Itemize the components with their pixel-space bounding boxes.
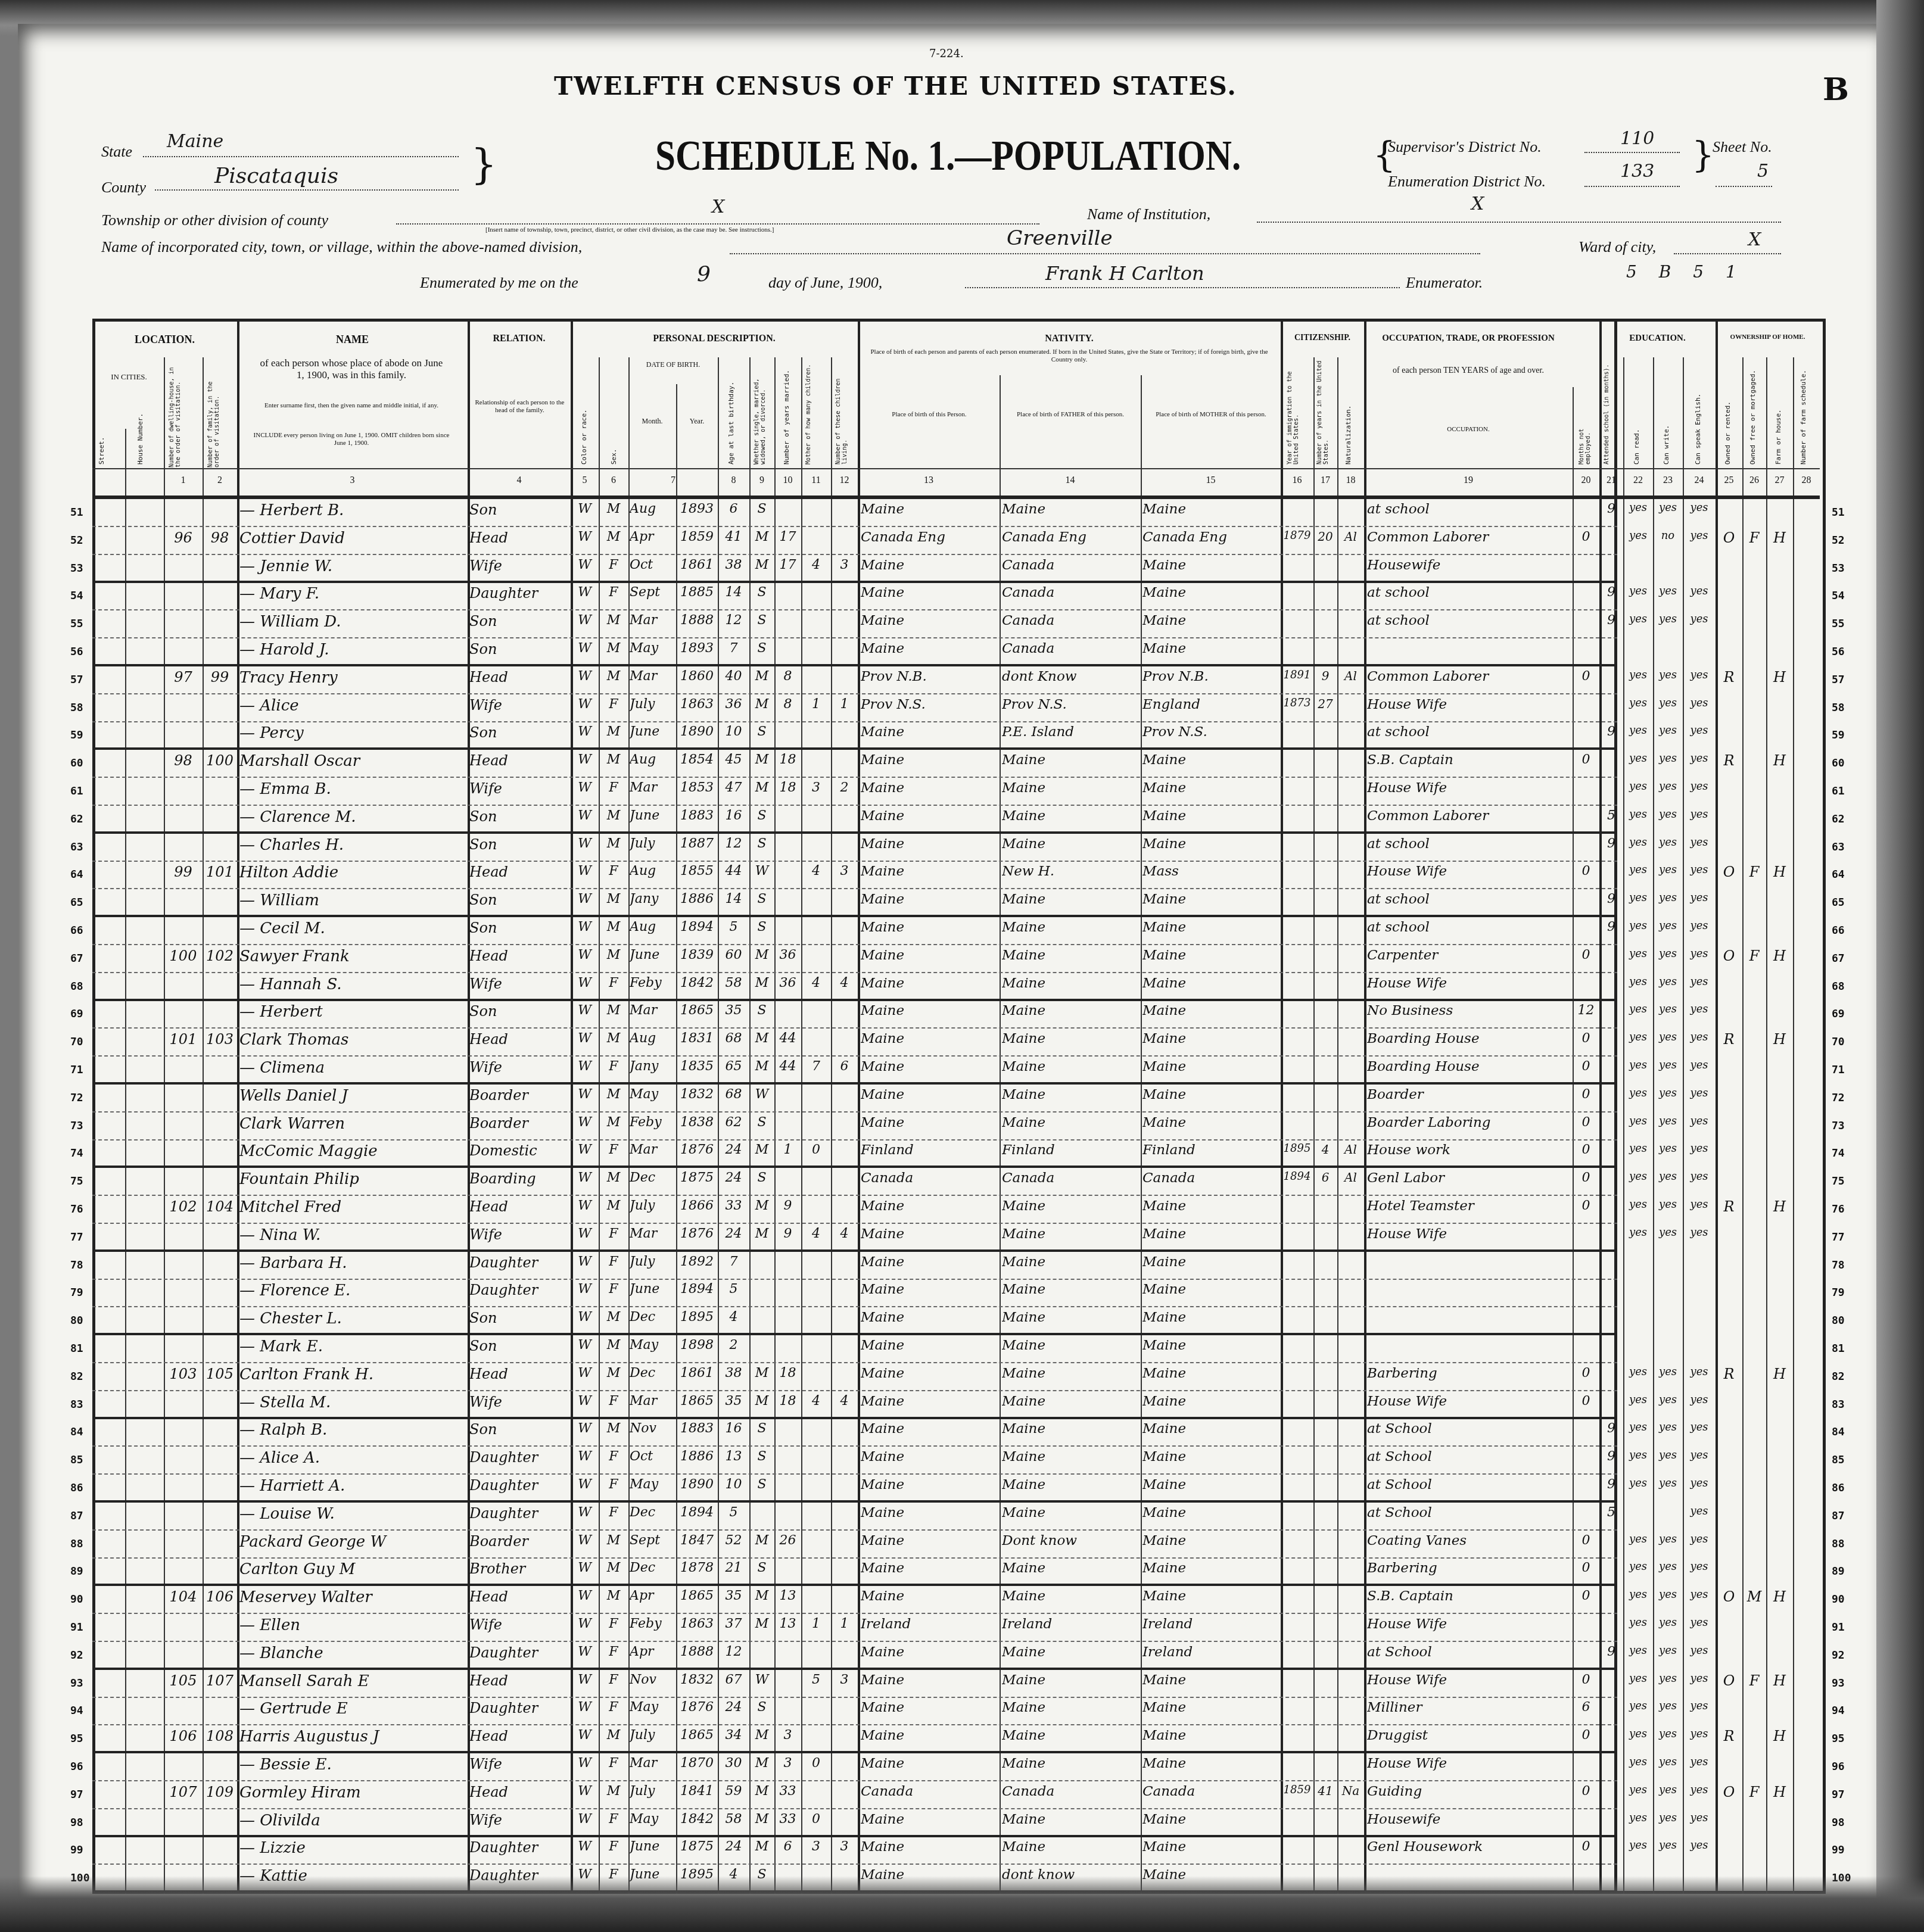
cell-name[interactable]: — Emma B.: [239, 780, 468, 804]
cell-age[interactable]: 58: [718, 1812, 749, 1836]
cell-color[interactable]: W: [571, 669, 599, 693]
cell-fm[interactable]: F: [1742, 1672, 1766, 1696]
cell-fam[interactable]: [203, 724, 237, 748]
cell-ym[interactable]: 18: [774, 752, 801, 776]
cell-wr[interactable]: yes: [1653, 501, 1683, 525]
cell-fam[interactable]: [203, 1505, 237, 1529]
cell-color[interactable]: W: [571, 1198, 599, 1222]
cell-occ[interactable]: at school: [1367, 613, 1573, 637]
cell-sex[interactable]: F: [599, 1812, 628, 1836]
cell-sex[interactable]: M: [599, 1366, 628, 1389]
cell-cl[interactable]: [831, 1254, 858, 1278]
cell-moc[interactable]: [801, 1421, 831, 1445]
cell-cl[interactable]: [831, 613, 858, 637]
cell-mar[interactable]: M: [749, 1839, 774, 1863]
cell-moc[interactable]: [801, 920, 831, 943]
cell-rd[interactable]: [1623, 1254, 1653, 1278]
cell-moc[interactable]: 0: [801, 1756, 831, 1780]
cell-rd[interactable]: yes: [1623, 1031, 1653, 1055]
cell-nat[interactable]: Na: [1337, 1784, 1364, 1808]
cell-en[interactable]: yes: [1683, 1059, 1716, 1083]
cell-mu[interactable]: 0: [1573, 1672, 1599, 1696]
cell-nat[interactable]: [1337, 948, 1364, 971]
cell-fam[interactable]: [203, 1394, 237, 1417]
cell-wr[interactable]: yes: [1653, 1031, 1683, 1055]
cell-bm[interactable]: Maine: [1142, 1338, 1281, 1361]
cell-fm[interactable]: [1742, 1310, 1766, 1333]
cell-bm[interactable]: Maine: [1142, 585, 1281, 609]
cell-imm[interactable]: [1281, 1059, 1313, 1083]
cell-mu[interactable]: 6: [1573, 1700, 1599, 1724]
cell-fh[interactable]: [1766, 1170, 1793, 1194]
cell-own[interactable]: [1716, 1812, 1742, 1836]
cell-rd[interactable]: yes: [1623, 1421, 1653, 1445]
cell-own[interactable]: [1716, 1338, 1742, 1361]
cell-fam[interactable]: [203, 1560, 237, 1584]
cell-own[interactable]: O: [1716, 1588, 1742, 1612]
cell-bf[interactable]: Maine: [1002, 1003, 1141, 1027]
cell-year[interactable]: 1883: [676, 808, 718, 832]
cell-rel[interactable]: Son: [469, 1310, 571, 1333]
cell-name[interactable]: — Nina W.: [239, 1226, 468, 1250]
cell-color[interactable]: W: [571, 1839, 599, 1863]
cell-wr[interactable]: yes: [1653, 1812, 1683, 1836]
cell-fh[interactable]: [1766, 1421, 1793, 1445]
cell-bp[interactable]: Maine: [861, 948, 1000, 971]
cell-rd[interactable]: yes: [1623, 1756, 1653, 1780]
cell-wr[interactable]: yes: [1653, 585, 1683, 609]
cell-fam[interactable]: [203, 920, 237, 943]
cell-fam[interactable]: [203, 641, 237, 665]
cell-dw[interactable]: 100: [164, 948, 203, 971]
cell-name[interactable]: — Charles H.: [239, 836, 468, 860]
cell-year[interactable]: 1894: [676, 1505, 718, 1529]
cell-fh[interactable]: H: [1766, 669, 1793, 693]
cell-month[interactable]: July: [630, 697, 676, 721]
cell-ym[interactable]: 17: [774, 557, 801, 581]
cell-occ[interactable]: Common Laborer: [1367, 529, 1573, 553]
cell-en[interactable]: yes: [1683, 1812, 1716, 1836]
cell-cl[interactable]: [831, 1533, 858, 1557]
cell-wr[interactable]: yes: [1653, 864, 1683, 887]
cell-sex[interactable]: M: [599, 808, 628, 832]
cell-bf[interactable]: Maine: [1002, 892, 1141, 915]
cell-name[interactable]: — Ellen: [239, 1616, 468, 1640]
cell-name[interactable]: — Bessie E.: [239, 1756, 468, 1780]
cell-ym[interactable]: [774, 836, 801, 860]
cell-own[interactable]: [1716, 1477, 1742, 1501]
cell-mar[interactable]: [749, 1644, 774, 1668]
cell-bm[interactable]: Maine: [1142, 1421, 1281, 1445]
cell-wr[interactable]: yes: [1653, 613, 1683, 637]
cell-dw[interactable]: [164, 1310, 203, 1333]
cell-fh[interactable]: [1766, 501, 1793, 525]
cell-bm[interactable]: Maine: [1142, 1700, 1281, 1724]
cell-mu[interactable]: [1573, 1310, 1599, 1333]
cell-color[interactable]: W: [571, 641, 599, 665]
cell-color[interactable]: W: [571, 1756, 599, 1780]
cell-ym[interactable]: [774, 1449, 801, 1473]
cell-cl[interactable]: [831, 1560, 858, 1584]
cell-mar[interactable]: S: [749, 892, 774, 915]
cell-ym[interactable]: [774, 613, 801, 637]
cell-age[interactable]: 12: [718, 1644, 749, 1668]
cell-yrs[interactable]: [1313, 920, 1337, 943]
cell-mu[interactable]: 0: [1573, 1087, 1599, 1111]
cell-bf[interactable]: Maine: [1002, 1560, 1141, 1584]
cell-bm[interactable]: Maine: [1142, 836, 1281, 860]
cell-nat[interactable]: Al: [1337, 529, 1364, 553]
cell-month[interactable]: Jany: [630, 1059, 676, 1083]
cell-moc[interactable]: 7: [801, 1059, 831, 1083]
cell-sex[interactable]: F: [599, 976, 628, 999]
cell-ym[interactable]: [774, 1421, 801, 1445]
cell-month[interactable]: May: [630, 1700, 676, 1724]
cell-cl[interactable]: [831, 1505, 858, 1529]
cell-rd[interactable]: [1623, 1505, 1653, 1529]
cell-rd[interactable]: yes: [1623, 501, 1653, 525]
cell-bp[interactable]: Canada Eng: [861, 529, 1000, 553]
cell-month[interactable]: Mar: [630, 1394, 676, 1417]
cell-month[interactable]: Mar: [630, 780, 676, 804]
cell-yrs[interactable]: [1313, 641, 1337, 665]
cell-moc[interactable]: [801, 1282, 831, 1305]
cell-year[interactable]: 1898: [676, 1338, 718, 1361]
cell-sch[interactable]: [1599, 1198, 1623, 1222]
cell-yrs[interactable]: 4: [1313, 1142, 1337, 1166]
cell-color[interactable]: W: [571, 1588, 599, 1612]
cell-yrs[interactable]: [1313, 1672, 1337, 1696]
cell-occ[interactable]: Common Laborer: [1367, 808, 1573, 832]
cell-month[interactable]: June: [630, 1839, 676, 1863]
cell-mar[interactable]: [749, 1505, 774, 1529]
cell-month[interactable]: Sept: [630, 585, 676, 609]
city-value[interactable]: Greenville: [1007, 226, 1113, 250]
cell-own[interactable]: [1716, 1756, 1742, 1780]
cell-wr[interactable]: yes: [1653, 1087, 1683, 1111]
cell-dw[interactable]: [164, 892, 203, 915]
cell-sex[interactable]: F: [599, 1672, 628, 1696]
cell-nat[interactable]: [1337, 1394, 1364, 1417]
cell-own[interactable]: [1716, 1087, 1742, 1111]
cell-cl[interactable]: [831, 585, 858, 609]
cell-dw[interactable]: [164, 697, 203, 721]
cell-rel[interactable]: Wife: [469, 780, 571, 804]
cell-fh[interactable]: [1766, 1338, 1793, 1361]
cell-fam[interactable]: [203, 780, 237, 804]
cell-fh[interactable]: [1766, 1616, 1793, 1640]
cell-bp[interactable]: Maine: [861, 864, 1000, 887]
cell-age[interactable]: 44: [718, 864, 749, 887]
cell-bf[interactable]: Maine: [1002, 1672, 1141, 1696]
cell-rd[interactable]: [1623, 1282, 1653, 1305]
cell-rel[interactable]: Daughter: [469, 1644, 571, 1668]
cell-mu[interactable]: [1573, 1421, 1599, 1445]
cell-name[interactable]: Fountain Philip: [239, 1170, 468, 1194]
cell-fh[interactable]: [1766, 641, 1793, 665]
cell-mar[interactable]: M: [749, 697, 774, 721]
cell-ym[interactable]: 13: [774, 1588, 801, 1612]
cell-name[interactable]: Carlton Frank H.: [239, 1366, 468, 1389]
cell-occ[interactable]: House Wife: [1367, 780, 1573, 804]
cell-mu[interactable]: [1573, 808, 1599, 832]
cell-wr[interactable]: yes: [1653, 1756, 1683, 1780]
cell-bf[interactable]: Maine: [1002, 1254, 1141, 1278]
cell-occ[interactable]: Boarder Laboring: [1367, 1115, 1573, 1139]
cell-fam[interactable]: [203, 697, 237, 721]
cell-ym[interactable]: 8: [774, 669, 801, 693]
cell-nat[interactable]: [1337, 1700, 1364, 1724]
cell-yrs[interactable]: [1313, 1839, 1337, 1863]
cell-cl[interactable]: 3: [831, 1672, 858, 1696]
cell-own[interactable]: [1716, 1115, 1742, 1139]
cell-mu[interactable]: [1573, 1812, 1599, 1836]
cell-en[interactable]: yes: [1683, 920, 1716, 943]
cell-ym[interactable]: [774, 892, 801, 915]
cell-bp[interactable]: Finland: [861, 1142, 1000, 1166]
cell-bf[interactable]: Dont know: [1002, 1533, 1141, 1557]
cell-dw[interactable]: [164, 1003, 203, 1027]
cell-dw[interactable]: [164, 1282, 203, 1305]
cell-fam[interactable]: 105: [203, 1366, 237, 1389]
cell-name[interactable]: — Louise W.: [239, 1505, 468, 1529]
cell-wr[interactable]: yes: [1653, 1533, 1683, 1557]
cell-mu[interactable]: [1573, 1338, 1599, 1361]
cell-cl[interactable]: [831, 1198, 858, 1222]
cell-nat[interactable]: [1337, 864, 1364, 887]
cell-month[interactable]: June: [630, 808, 676, 832]
cell-year[interactable]: 1835: [676, 1059, 718, 1083]
cell-ym[interactable]: [774, 1644, 801, 1668]
cell-yrs[interactable]: [1313, 1087, 1337, 1111]
cell-color[interactable]: W: [571, 1087, 599, 1111]
cell-mar[interactable]: M: [749, 1756, 774, 1780]
cell-name[interactable]: — Cecil M.: [239, 920, 468, 943]
cell-occ[interactable]: Carpenter: [1367, 948, 1573, 971]
cell-sch[interactable]: [1599, 976, 1623, 999]
cell-wr[interactable]: yes: [1653, 1394, 1683, 1417]
cell-en[interactable]: yes: [1683, 1839, 1716, 1863]
cell-fam[interactable]: [203, 1059, 237, 1083]
cell-year[interactable]: 1861: [676, 1366, 718, 1389]
cell-age[interactable]: 40: [718, 669, 749, 693]
cell-bp[interactable]: Maine: [861, 1672, 1000, 1696]
cell-year[interactable]: 1842: [676, 976, 718, 999]
cell-fh[interactable]: [1766, 1560, 1793, 1584]
cell-sch[interactable]: [1599, 1087, 1623, 1111]
cell-cl[interactable]: 4: [831, 1226, 858, 1250]
cell-fam[interactable]: [203, 1170, 237, 1194]
cell-sch[interactable]: [1599, 1226, 1623, 1250]
cell-bf[interactable]: Canada Eng: [1002, 529, 1141, 553]
cell-own[interactable]: [1716, 808, 1742, 832]
cell-nat[interactable]: [1337, 780, 1364, 804]
cell-ym[interactable]: [774, 1560, 801, 1584]
cell-month[interactable]: Mar: [630, 1142, 676, 1166]
cell-nat[interactable]: [1337, 1226, 1364, 1250]
cell-rd[interactable]: yes: [1623, 1700, 1653, 1724]
cell-fm[interactable]: [1742, 1170, 1766, 1194]
cell-wr[interactable]: yes: [1653, 1728, 1683, 1752]
cell-mar[interactable]: M: [749, 1059, 774, 1083]
cell-sch[interactable]: [1599, 1533, 1623, 1557]
cell-imm[interactable]: [1281, 1198, 1313, 1222]
cell-moc[interactable]: [801, 1003, 831, 1027]
cell-sex[interactable]: F: [599, 1059, 628, 1083]
cell-nat[interactable]: Al: [1337, 669, 1364, 693]
cell-imm[interactable]: [1281, 724, 1313, 748]
cell-fm[interactable]: [1742, 697, 1766, 721]
cell-sch[interactable]: [1599, 1700, 1623, 1724]
cell-age[interactable]: 12: [718, 613, 749, 637]
cell-rd[interactable]: yes: [1623, 1784, 1653, 1808]
cell-mar[interactable]: M: [749, 1533, 774, 1557]
cell-sex[interactable]: M: [599, 1560, 628, 1584]
cell-sex[interactable]: F: [599, 1839, 628, 1863]
cell-bm[interactable]: Maine: [1142, 948, 1281, 971]
cell-nat[interactable]: [1337, 557, 1364, 581]
cell-mar[interactable]: M: [749, 1226, 774, 1250]
cell-bm[interactable]: Maine: [1142, 1588, 1281, 1612]
cell-mu[interactable]: 12: [1573, 1003, 1599, 1027]
cell-own[interactable]: [1716, 697, 1742, 721]
cell-bf[interactable]: Maine: [1002, 976, 1141, 999]
cell-bp[interactable]: Maine: [861, 1449, 1000, 1473]
cell-fam[interactable]: [203, 1115, 237, 1139]
cell-cl[interactable]: 3: [831, 557, 858, 581]
cell-age[interactable]: 60: [718, 948, 749, 971]
cell-name[interactable]: — Mark E.: [239, 1338, 468, 1361]
cell-ym[interactable]: [774, 920, 801, 943]
cell-yrs[interactable]: [1313, 1254, 1337, 1278]
cell-sch[interactable]: [1599, 641, 1623, 665]
cell-mar[interactable]: [749, 1338, 774, 1361]
cell-en[interactable]: yes: [1683, 724, 1716, 748]
supervisor-value[interactable]: 110: [1620, 128, 1654, 149]
cell-bp[interactable]: Maine: [861, 1366, 1000, 1389]
cell-month[interactable]: Mar: [630, 1226, 676, 1250]
cell-bp[interactable]: Maine: [861, 1003, 1000, 1027]
cell-mu[interactable]: [1573, 1254, 1599, 1278]
cell-rd[interactable]: yes: [1623, 1003, 1653, 1027]
cell-age[interactable]: 5: [718, 1282, 749, 1305]
cell-wr[interactable]: yes: [1653, 808, 1683, 832]
cell-imm[interactable]: [1281, 501, 1313, 525]
cell-bf[interactable]: Finland: [1002, 1142, 1141, 1166]
cell-mar[interactable]: M: [749, 1784, 774, 1808]
cell-cl[interactable]: [831, 1366, 858, 1389]
cell-fm[interactable]: [1742, 780, 1766, 804]
cell-bp[interactable]: Maine: [861, 585, 1000, 609]
cell-fam[interactable]: [203, 1282, 237, 1305]
cell-dw[interactable]: [164, 1142, 203, 1166]
cell-rel[interactable]: Head: [469, 1198, 571, 1222]
cell-bf[interactable]: Maine: [1002, 1282, 1141, 1305]
cell-fam[interactable]: [203, 1087, 237, 1111]
cell-yrs[interactable]: [1313, 1728, 1337, 1752]
cell-month[interactable]: Aug: [630, 864, 676, 887]
cell-rel[interactable]: Daughter: [469, 1254, 571, 1278]
cell-fam[interactable]: 99: [203, 669, 237, 693]
cell-nat[interactable]: [1337, 1198, 1364, 1222]
cell-bm[interactable]: Maine: [1142, 1812, 1281, 1836]
cell-yrs[interactable]: [1313, 1226, 1337, 1250]
cell-sch[interactable]: [1599, 1560, 1623, 1584]
cell-bm[interactable]: Canada: [1142, 1784, 1281, 1808]
cell-moc[interactable]: 0: [801, 1812, 831, 1836]
cell-mu[interactable]: [1573, 1505, 1599, 1529]
cell-rel[interactable]: Head: [469, 1588, 571, 1612]
cell-name[interactable]: Clark Warren: [239, 1115, 468, 1139]
cell-own[interactable]: [1716, 920, 1742, 943]
cell-imm[interactable]: [1281, 1226, 1313, 1250]
cell-sch[interactable]: [1599, 1031, 1623, 1055]
cell-fh[interactable]: [1766, 1533, 1793, 1557]
cell-mar[interactable]: M: [749, 752, 774, 776]
cell-wr[interactable]: yes: [1653, 1198, 1683, 1222]
cell-en[interactable]: yes: [1683, 697, 1716, 721]
cell-rd[interactable]: [1623, 1310, 1653, 1333]
cell-cl[interactable]: [831, 1087, 858, 1111]
cell-imm[interactable]: 1879: [1281, 529, 1313, 553]
cell-occ[interactable]: House Wife: [1367, 697, 1573, 721]
cell-fh[interactable]: [1766, 780, 1793, 804]
cell-rel[interactable]: Son: [469, 836, 571, 860]
cell-bf[interactable]: New H.: [1002, 864, 1141, 887]
cell-own[interactable]: [1716, 1282, 1742, 1305]
cell-imm[interactable]: [1281, 1505, 1313, 1529]
cell-bm[interactable]: Finland: [1142, 1142, 1281, 1166]
cell-en[interactable]: yes: [1683, 1449, 1716, 1473]
cell-en[interactable]: yes: [1683, 864, 1716, 887]
cell-mu[interactable]: 0: [1573, 1560, 1599, 1584]
cell-rd[interactable]: yes: [1623, 1115, 1653, 1139]
cell-mar[interactable]: S: [749, 1421, 774, 1445]
cell-yrs[interactable]: [1313, 1477, 1337, 1501]
cell-fh[interactable]: H: [1766, 1672, 1793, 1696]
cell-sch[interactable]: [1599, 1366, 1623, 1389]
cell-imm[interactable]: 1873: [1281, 697, 1313, 721]
cell-color[interactable]: W: [571, 557, 599, 581]
cell-bm[interactable]: Maine: [1142, 501, 1281, 525]
cell-dw[interactable]: [164, 1644, 203, 1668]
cell-bf[interactable]: Canada: [1002, 557, 1141, 581]
cell-color[interactable]: W: [571, 1700, 599, 1724]
cell-name[interactable]: — Olivilda: [239, 1812, 468, 1836]
cell-age[interactable]: 24: [718, 1700, 749, 1724]
cell-fm[interactable]: [1742, 585, 1766, 609]
cell-rel[interactable]: Daughter: [469, 1449, 571, 1473]
cell-year[interactable]: 1895: [676, 1310, 718, 1333]
cell-en[interactable]: yes: [1683, 1366, 1716, 1389]
cell-ym[interactable]: [774, 1700, 801, 1724]
cell-fh[interactable]: [1766, 1477, 1793, 1501]
cell-cl[interactable]: [831, 1728, 858, 1752]
cell-year[interactable]: 1832: [676, 1672, 718, 1696]
cell-sex[interactable]: F: [599, 1142, 628, 1166]
cell-sex[interactable]: M: [599, 613, 628, 637]
cell-bm[interactable]: Maine: [1142, 1031, 1281, 1055]
cell-bp[interactable]: Maine: [861, 1310, 1000, 1333]
cell-own[interactable]: [1716, 1421, 1742, 1445]
cell-cl[interactable]: 4: [831, 976, 858, 999]
cell-bf[interactable]: Maine: [1002, 501, 1141, 525]
cell-bf[interactable]: Maine: [1002, 780, 1141, 804]
cell-age[interactable]: 62: [718, 1115, 749, 1139]
cell-month[interactable]: May: [630, 1812, 676, 1836]
cell-year[interactable]: 1888: [676, 613, 718, 637]
cell-fm[interactable]: [1742, 836, 1766, 860]
